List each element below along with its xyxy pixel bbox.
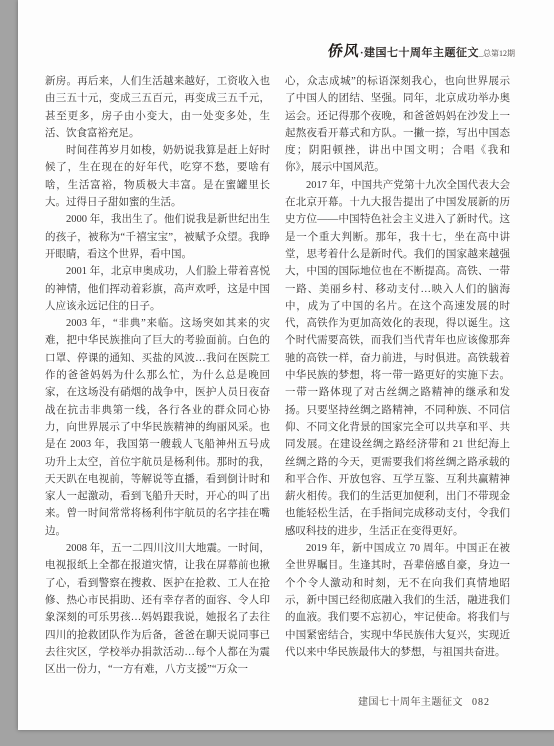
- header-title: ·建国七十周年主题征文: [360, 47, 479, 59]
- magazine-page: 侨风·建国七十周年主题征文_总第12期 新房。再后来，人们生活越来越好，工资收入…: [18, 0, 554, 730]
- paragraph: 2000 年，我出生了。他们说我是新世纪出生的孩子，被称为“千禧宝宝”，被赋予众…: [45, 211, 270, 263]
- paragraph: 新房。再后来，人们生活越来越好，工资收入也由三五十元，变成三五百元，再变成三五千…: [45, 73, 270, 142]
- page-header: 侨风·建国七十周年主题征文_总第12期: [18, 0, 554, 61]
- paragraph: 2008 年，五一二四川汶川大地震。一时间，电视报纸上全都在报道灾情，让我在屏幕…: [45, 540, 270, 678]
- page-footer: 建国七十周年主题征文082: [358, 693, 490, 708]
- paragraph: 2019 年，新中国成立 70 周年。中国正在被全世界瞩目。生逢其时，吾辈倍感自…: [285, 540, 510, 661]
- article-body: 新房。再后来，人们生活越来越好，工资收入也由三五十元，变成三五百元，再变成三五千…: [18, 61, 554, 678]
- paragraph: 2003 年，“非典”来临。这场突如其来的灾难，把中华民族推向了巨大的考验面前。…: [45, 315, 270, 540]
- footer-title: 建国七十周年主题征文: [358, 697, 463, 708]
- left-column: 新房。再后来，人们生活越来越好，工资收入也由三五十元，变成三五百元，再变成三五千…: [45, 73, 270, 678]
- paragraph: 时间荏苒岁月如梭，奶奶说我算是赶上好时候了，生在现在的好年代，吃穿不愁，要啥有啥…: [45, 142, 270, 211]
- page-number: 082: [472, 697, 490, 708]
- paragraph: 2017 年，中国共产党第十九次全国代表大会在北京开幕。十九大报告提出了中国发展…: [285, 177, 510, 540]
- right-column: 心，众志成城”的标语深刻我心，也向世界展示了中国人的团结、坚强。同年，北京成功举…: [285, 73, 510, 678]
- magazine-logo: 侨风: [327, 40, 361, 61]
- paragraph: 2001 年，北京申奥成功，人们脸上带着喜悦的神情，他们挥动着彩旗，高声欢呼，这…: [45, 263, 270, 315]
- paragraph: 心，众志成城”的标语深刻我心，也向世界展示了中国人的团结、坚强。同年，北京成功举…: [285, 73, 510, 177]
- header-issue-label: _总第12期: [479, 49, 515, 58]
